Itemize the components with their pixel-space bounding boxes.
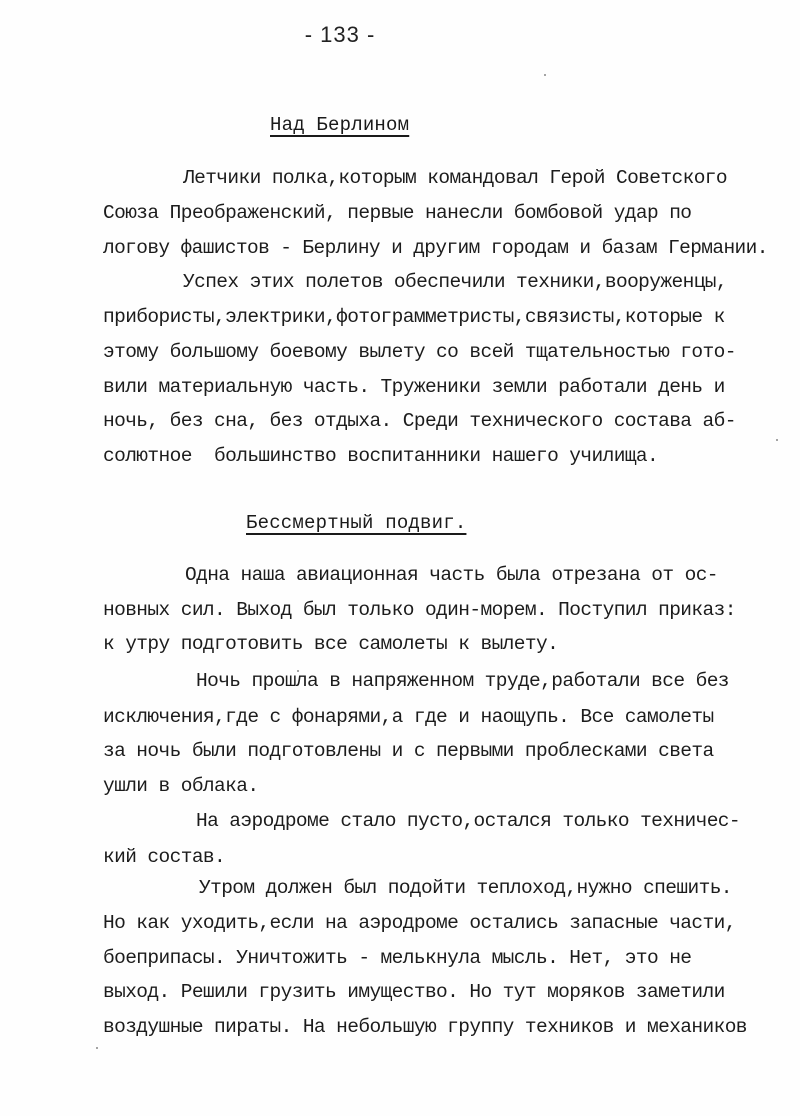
scan-speck — [96, 1047, 98, 1049]
scan-speck — [297, 670, 299, 672]
text-line: выход. Решили грузить имущество. Но тут … — [103, 980, 725, 1004]
text-line: Одна наша авиационная часть была отрезан… — [185, 563, 718, 587]
text-line: Ночь прошла в напряженном труде,работали… — [196, 669, 729, 693]
section-heading-immortal-feat: Бессмертный подвиг. — [246, 512, 466, 534]
text-line: логову фашистов - Берлину и другим город… — [103, 236, 768, 260]
text-line: новных сил. Выход был только один-морем.… — [103, 598, 736, 622]
scan-speck — [776, 439, 778, 441]
text-line: Но как уходить,если на аэродроме осталис… — [103, 911, 736, 935]
scan-speck — [544, 74, 546, 76]
text-line: боеприпасы. Уничтожить - мелькнула мысль… — [103, 946, 691, 970]
section-heading-over-berlin: Над Берлином — [270, 114, 409, 136]
text-line: Утром должен был подойти теплоход,нужно … — [199, 876, 732, 900]
text-line: вили материальную часть. Труженики земли… — [103, 375, 725, 399]
text-line: Союза Преображенский, первые нанесли бом… — [103, 201, 691, 225]
text-line: Успех этих полетов обеспечили техники,во… — [183, 270, 727, 294]
document-page: - 133 - Над Берлином Летчики полка,котор… — [0, 0, 800, 1116]
text-line: На аэродроме стало пусто,остался только … — [196, 809, 740, 833]
text-line: за ночь были подготовлены и с первыми пр… — [103, 739, 714, 763]
text-line: этому большому боевому вылету со всей тщ… — [103, 340, 736, 364]
text-line: воздушные пираты. На небольшую группу те… — [103, 1015, 747, 1039]
text-line: прибористы,электрики,фотограмметристы,св… — [103, 305, 725, 329]
text-line: к утру подготовить все самолеты к вылету… — [103, 632, 558, 656]
text-line: солютное большинство воспитанники нашего… — [103, 444, 658, 468]
page-number: - 133 - — [0, 22, 680, 48]
text-line: кий состав. — [103, 845, 225, 869]
text-line: Летчики полка,которым командовал Герой С… — [183, 166, 727, 190]
text-line: ушли в облака. — [103, 774, 258, 798]
text-line: ночь, без сна, без отдыха. Среди техниче… — [103, 409, 736, 433]
text-line: исключения,где с фонарями,а где и наощуп… — [103, 705, 714, 729]
